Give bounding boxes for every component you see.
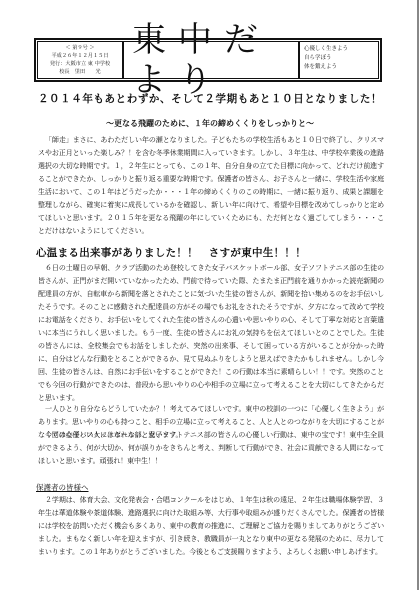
- intro-paragraph: 「師走」まさに、あわただしい年の瀬となりました。子どもたちの学校生活もあと１０日…: [38, 134, 384, 238]
- motto: 心優しく生きよう: [304, 45, 378, 54]
- principal: 校長 里田 光: [38, 68, 122, 76]
- guardians-paragraph: ２学期は、体育大会、文化発表会・合唱コンクールをはじめ、１年生は秋の遠足、２年生…: [38, 494, 384, 559]
- masthead-info: ＜ 第９号 ＞ 平成２６年１２月１５日 発行：大阪市立 東 中学校 校長 里田 …: [38, 42, 124, 78]
- newsletter-title: 東中だより: [132, 20, 298, 100]
- issue-date: 平成２６年１２月１５日: [38, 52, 122, 60]
- section-paragraph: ６日の土曜日の早朝、クラブ活動のため登校してきた女子バスケットボール部、女子ソフ…: [38, 262, 384, 405]
- masthead-title-box: 東中だより: [124, 42, 300, 78]
- guardians-title: 保護者の皆様へ: [36, 482, 89, 493]
- motto: 体を鍛えよう: [304, 63, 378, 72]
- issue-number: ＜ 第９号 ＞: [38, 44, 122, 52]
- section-title: 心温まる出来事がありました！！ さすが東中生！！！: [36, 245, 306, 260]
- page-edge-line: [417, 0, 419, 590]
- motto: 自ら学ぼう: [304, 54, 378, 63]
- publisher: 発行：大阪市立 東 中学校: [38, 60, 122, 68]
- masthead: ＜ 第９号 ＞ 平成２６年１２月１５日 発行：大阪市立 東 中学校 校長 里田 …: [34, 38, 382, 82]
- headline: ２０１４年もあとわずか、そして２学期もあと１０日となりました！: [0, 91, 420, 106]
- school-mottos: 心優しく生きよう 自ら学ぼう 体を鍛えよう: [300, 42, 378, 78]
- subhead: ～更なる飛躍のために、１年の締めくくりをしっかりと～: [0, 118, 420, 129]
- section-paragraph: 今回の女子バスケットボール部、女子ソフトテニス部の皆さんの心優しい行動は、東中の…: [38, 429, 384, 468]
